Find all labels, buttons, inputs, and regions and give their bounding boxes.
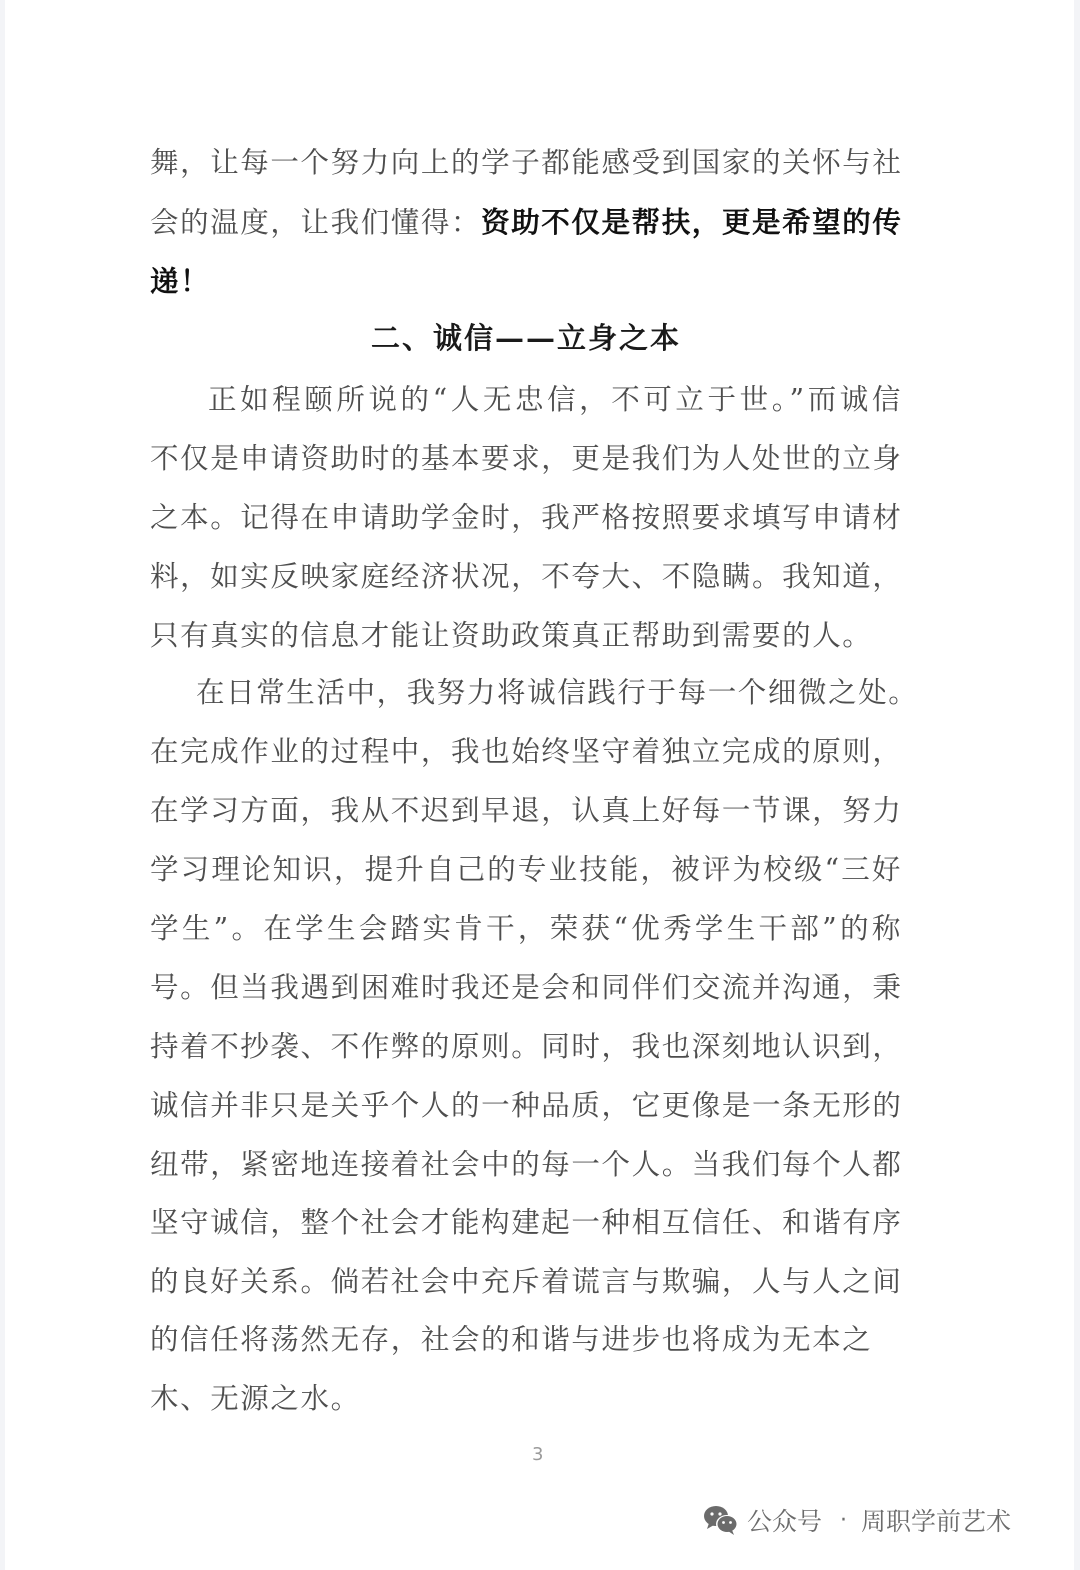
paragraph-2-line: 在日常生活中，我努力将诚信践行于每一个细微之处。 bbox=[150, 673, 902, 713]
watermark-label: 公众号 bbox=[747, 1502, 822, 1538]
paragraph-2-line: 在完成作业的过程中，我也始终坚守着独立完成的原则， bbox=[150, 732, 902, 772]
page-number: 3 bbox=[532, 1444, 543, 1465]
text-span: 会的温度，让我们懂得： bbox=[150, 206, 481, 239]
wechat-account-watermark: 公众号 · 周职学前艺术 bbox=[703, 1502, 1011, 1538]
paragraph-2-line: 诚信并非只是关乎个人的一种品质，它更像是一条无形的 bbox=[150, 1086, 902, 1126]
paragraph-1-line: 正如程颐所说的“人无忠信，不可立于世。”而诚信 bbox=[150, 380, 902, 420]
text-line: 会的温度，让我们懂得：资助不仅是帮扶，更是希望的传 bbox=[150, 202, 902, 242]
section-heading: 二、诚信——立身之本 bbox=[150, 318, 902, 358]
watermark-separator: · bbox=[840, 1508, 847, 1533]
emphasis-text: 资助不仅是帮扶，更是希望的传 bbox=[481, 205, 902, 239]
watermark-account-name: 周职学前艺术 bbox=[861, 1502, 1011, 1538]
paragraph-1-line: 只有真实的信息才能让资助政策真正帮助到需要的人。 bbox=[150, 616, 902, 656]
right-edge bbox=[1074, 0, 1080, 1570]
paragraph-1-line: 之本。记得在申请助学金时，我严格按照要求填写申请材 bbox=[150, 498, 902, 538]
paragraph-2-line: 的良好关系。倘若社会中充斥着谎言与欺骗，人与人之间 bbox=[150, 1262, 902, 1302]
paragraph-2-line: 学习理论知识，提升自己的专业技能，被评为校级“三好 bbox=[150, 850, 902, 890]
text-line: 递！ bbox=[150, 261, 902, 301]
paragraph-2-line: 在学习方面，我从不迟到早退，认真上好每一节课，努力 bbox=[150, 791, 902, 831]
paragraph-2-line: 木、无源之水。 bbox=[150, 1379, 902, 1419]
paragraph-1-line: 料，如实反映家庭经济状况，不夸大、不隐瞒。我知道， bbox=[150, 557, 902, 597]
wechat-icon bbox=[703, 1504, 739, 1536]
paragraph-2-line: 纽带，紧密地连接着社会中的每一个人。当我们每个人都 bbox=[150, 1145, 902, 1185]
emphasis-text: 递！ bbox=[150, 264, 210, 298]
paragraph-2-line: 学生”。在学生会踏实肯干，荣获“优秀学生干部”的称 bbox=[150, 909, 902, 949]
text-line: 舞，让每一个努力向上的学子都能感受到国家的关怀与社 bbox=[150, 143, 902, 183]
paragraph-2-line: 坚守诚信，整个社会才能构建起一种相互信任、和谐有序 bbox=[150, 1203, 902, 1243]
left-edge bbox=[0, 0, 5, 1570]
paragraph-2-line: 持着不抄袭、不作弊的原则。同时，我也深刻地认识到， bbox=[150, 1027, 902, 1067]
paragraph-1-line: 不仅是申请资助时的基本要求，更是我们为人处世的立身 bbox=[150, 439, 902, 479]
paragraph-2-line: 号。但当我遇到困难时我还是会和同伴们交流并沟通，秉 bbox=[150, 968, 902, 1008]
paragraph-2-line: 的信任将荡然无存，社会的和谐与进步也将成为无本之 bbox=[150, 1320, 902, 1360]
